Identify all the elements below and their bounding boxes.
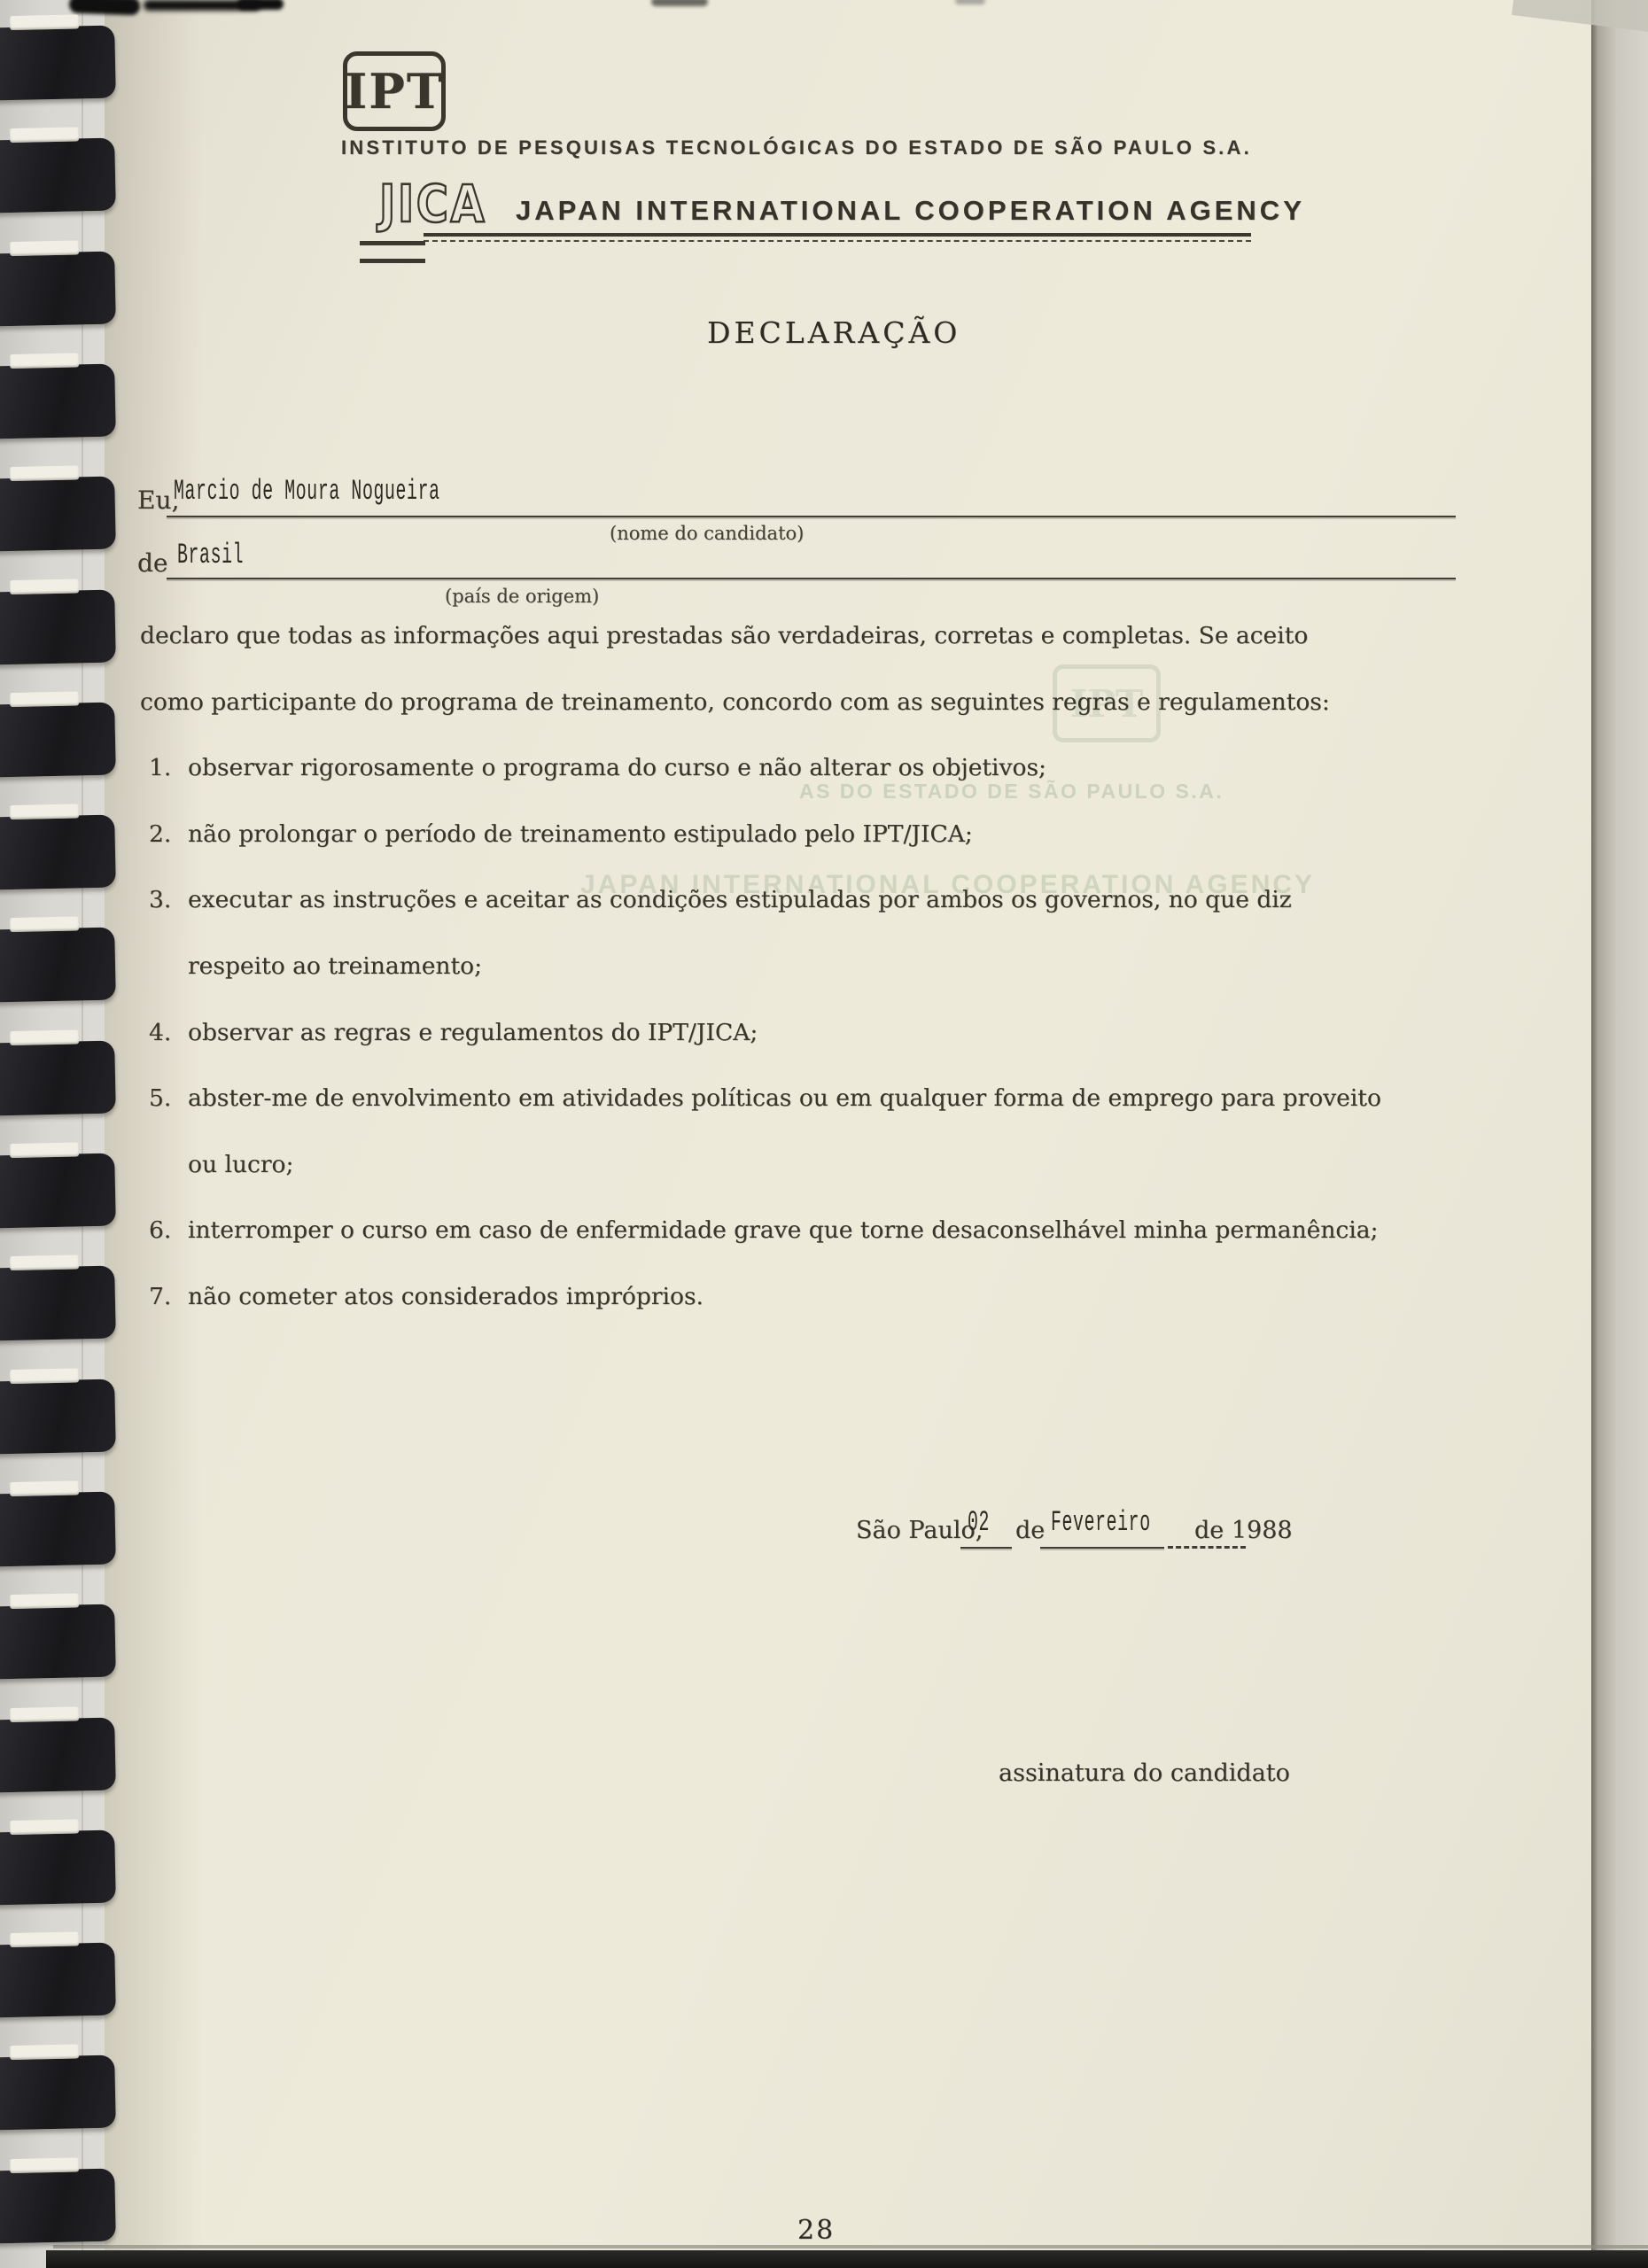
binding-hole <box>10 1819 79 1835</box>
binding-tooth <box>0 1379 116 1454</box>
item-number: 5. <box>149 1083 188 1115</box>
ipt-logo: IPT <box>343 51 446 131</box>
jica-agency-name: JAPAN INTERNATIONAL COOPERATION AGENCY <box>516 195 1305 227</box>
binding-hole <box>10 2045 79 2061</box>
bottom-scan-band <box>46 2250 1648 2268</box>
item-text: executar as instruções e aceitar as cond… <box>188 884 1292 916</box>
list-item: 1. observar rigorosamente o programa do … <box>140 752 1407 819</box>
country-value: Brasil <box>177 539 244 571</box>
name-field-line <box>167 516 1456 517</box>
list-item: 7. não cometer atos considerados imprópr… <box>140 1281 1407 1348</box>
intro-line: como participante do programa de treinam… <box>140 687 1407 753</box>
list-item-continuation: respeito ao treinamento; <box>140 951 1407 1017</box>
list-item: 4. observar as regras e regulamentos do … <box>140 1017 1407 1084</box>
binding-hole <box>10 579 79 594</box>
item-number: 2. <box>149 819 188 850</box>
binding-tooth <box>0 1943 116 2018</box>
binding-hole <box>10 240 79 256</box>
item-text: respeito ao treinamento; <box>188 951 482 983</box>
jica-logo-stroke <box>360 241 425 245</box>
country-field-line <box>167 578 1456 579</box>
binding-hole <box>10 1368 79 1384</box>
binding-hole <box>10 1480 79 1496</box>
date-month-value: Fevereiro <box>1051 1506 1151 1539</box>
binding-tooth <box>0 815 116 890</box>
binding-tooth <box>0 1040 116 1115</box>
bottom-edge-line <box>53 2245 1648 2249</box>
binding-hole <box>10 804 79 819</box>
jica-logo: JICA <box>379 174 486 234</box>
de-label: de <box>137 548 168 578</box>
item-number: 1. <box>149 752 188 784</box>
binding-hole <box>10 917 79 933</box>
binding-hole <box>10 1594 79 1610</box>
item-text: não prolongar o período de treinamento e… <box>188 819 973 850</box>
item-text: não cometer atos considerados impróprios… <box>188 1281 704 1313</box>
date-month-line-dashed <box>1168 1546 1246 1549</box>
binding-tooth <box>0 1717 116 1792</box>
binding-hole <box>10 1029 79 1045</box>
binding-tooth <box>0 477 116 552</box>
document-title: DECLARAÇÃO <box>707 315 960 350</box>
binding-hole <box>10 1706 79 1722</box>
item-text: observar as regras e regulamentos do IPT… <box>188 1017 758 1049</box>
name-field-caption: (nome do candidato) <box>610 523 804 544</box>
binding-tooth <box>0 1829 116 1905</box>
date-year: de 1988 <box>1194 1517 1293 1544</box>
date-day-line <box>960 1547 1012 1549</box>
binding-tooth <box>0 1266 116 1341</box>
header-underline-dashed <box>424 240 1251 242</box>
binding-tooth <box>0 2055 116 2131</box>
binding-hole <box>10 466 79 482</box>
binding-tooth <box>0 702 116 777</box>
date-de: de <box>1015 1517 1045 1544</box>
list-item: 6. interromper o curso em caso de enferm… <box>140 1215 1407 1281</box>
binding-tooth <box>0 363 116 439</box>
binding-tooth <box>0 2168 116 2243</box>
candidate-name-value: Marcio de Moura Nogueira <box>174 475 440 508</box>
binding-hole <box>10 353 79 369</box>
item-text: observar rigorosamente o programa do cur… <box>188 752 1046 784</box>
binding-tooth <box>0 589 116 664</box>
institute-name: INSTITUTO DE PESQUISAS TECNOLÓGICAS DO E… <box>341 136 1252 159</box>
date-city: São Paulo, <box>856 1517 983 1544</box>
list-item: 5. abster-me de envolvimento em atividad… <box>140 1083 1407 1149</box>
binding-hole <box>10 1255 79 1271</box>
signature-caption: assinatura do candidato <box>999 1759 1290 1787</box>
binding-tooth <box>0 26 116 101</box>
binding-tooth <box>0 1153 116 1229</box>
jica-logo-stroke <box>360 259 425 263</box>
binding-tooth <box>0 928 116 1003</box>
page-number: 28 <box>797 2215 835 2246</box>
book-right-edge <box>1591 0 1648 2268</box>
date-month-line <box>1040 1547 1164 1549</box>
binding-hole <box>10 2157 79 2173</box>
scanned-page: IPT AS DO ESTADO DE SÃO PAULO S.A. JAPAN… <box>0 0 1648 2268</box>
scan-smudge <box>651 0 708 6</box>
binding-hole <box>10 691 79 707</box>
item-text: abster-me de envolvimento em atividades … <box>188 1083 1381 1115</box>
scan-smudge <box>237 0 284 10</box>
item-text: interromper o curso em caso de enfermida… <box>188 1215 1378 1247</box>
binding-hole <box>10 1142 79 1158</box>
item-number: 6. <box>149 1215 188 1247</box>
binding-tooth <box>0 138 116 214</box>
binding-hole <box>10 128 79 144</box>
binding-hole <box>10 14 79 30</box>
declaration-body: declaro que todas as informações aqui pr… <box>140 620 1407 1348</box>
country-field-caption: (país de origem) <box>445 586 599 607</box>
ipt-logo-text: IPT <box>345 63 444 120</box>
list-item-continuation: ou lucro; <box>140 1149 1407 1216</box>
intro-line: declaro que todas as informações aqui pr… <box>140 620 1407 687</box>
item-number: 7. <box>149 1281 188 1313</box>
date-day-value: 02 <box>968 1506 990 1539</box>
binding-tooth <box>0 1491 116 1566</box>
item-number: 3. <box>149 884 188 916</box>
item-text: ou lucro; <box>188 1149 293 1181</box>
binding-teeth <box>0 0 133 2268</box>
binding-hole <box>10 1931 79 1947</box>
item-number: 4. <box>149 1017 188 1049</box>
binding-tooth <box>0 1604 116 1680</box>
scan-smudge <box>955 0 985 4</box>
list-item: 3. executar as instruções e aceitar as c… <box>140 884 1407 951</box>
header-underline <box>424 233 1251 237</box>
list-item: 2. não prolongar o período de treinament… <box>140 819 1407 885</box>
binding-tooth <box>0 251 116 326</box>
